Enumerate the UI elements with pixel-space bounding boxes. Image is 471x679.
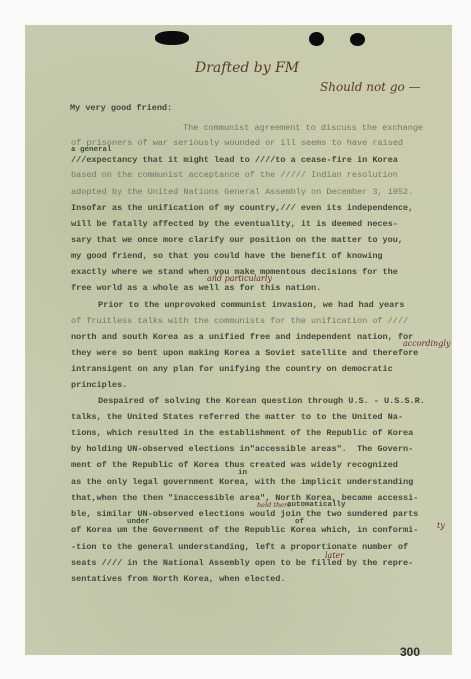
text-line: by holding UN-observed elections in"acce…	[71, 444, 471, 454]
text-line: adopted by the United Nations General As…	[71, 187, 471, 197]
text-line: of prisoners of war seriously wounded or…	[71, 138, 471, 148]
page-number: 300	[400, 645, 420, 659]
handwritten-insertion: held there	[257, 501, 291, 509]
typed-insertion: in	[238, 469, 247, 477]
text-line: -tion to the general understanding, left…	[71, 542, 471, 552]
text-line: intransigent on any plan for unifying th…	[71, 364, 471, 374]
document-page: Drafted by FM Should not go — My very go…	[25, 25, 452, 655]
text-line: Prior to the unprovoked communist invasi…	[98, 300, 471, 310]
handwritten-insertion: and particularly	[207, 274, 272, 283]
salutation: My very good friend:	[70, 103, 471, 113]
text-line: of fruitless talks with the communists f…	[71, 316, 471, 326]
text-line: free world as a whole as well as for thi…	[71, 283, 471, 293]
text-line: they were so bent upon making Korea a So…	[71, 348, 471, 358]
text-line: talks, the United States referred the ma…	[71, 412, 471, 422]
text-line: sary that we once more clarify our posit…	[71, 235, 471, 245]
handwritten-header: Drafted by FM	[195, 60, 299, 76]
punch-hole-left	[155, 31, 189, 45]
typed-insertion: automatically	[287, 501, 346, 509]
text-line: as the only legal government Korea, with…	[71, 477, 471, 487]
text-line: seats //// in the National Assembly open…	[71, 558, 471, 568]
text-line: ment of the Republic of Korea thus creat…	[71, 460, 471, 470]
text-line: will be fatally affected by the eventual…	[71, 219, 471, 229]
text-line: my good friend, so that you could have t…	[71, 251, 471, 261]
handwritten-insertion: ty	[437, 521, 445, 530]
text-line: principles.	[71, 380, 471, 390]
text-line: ///expectancy that it might lead to ////…	[71, 155, 471, 165]
text-line: Insofar as the unification of my country…	[71, 203, 471, 213]
text-line: tions, which resulted in the establishme…	[71, 428, 471, 438]
text-line: Despaired of solving the Korean question…	[98, 396, 471, 406]
punch-hole-right	[350, 33, 365, 46]
text-line: sentatives from North Korea, when electe…	[71, 574, 471, 584]
text-line: of Korea um the Government of the Republ…	[71, 525, 471, 535]
punch-hole-middle	[309, 32, 324, 46]
text-line: based on the communist acceptance of the…	[71, 170, 471, 180]
typed-insertion: a general	[71, 146, 112, 154]
handwritten-note: Should not go —	[320, 80, 421, 94]
handwritten-insertion: accordingly	[403, 339, 450, 348]
text-line: The communist agreement to discuss the e…	[183, 123, 471, 133]
